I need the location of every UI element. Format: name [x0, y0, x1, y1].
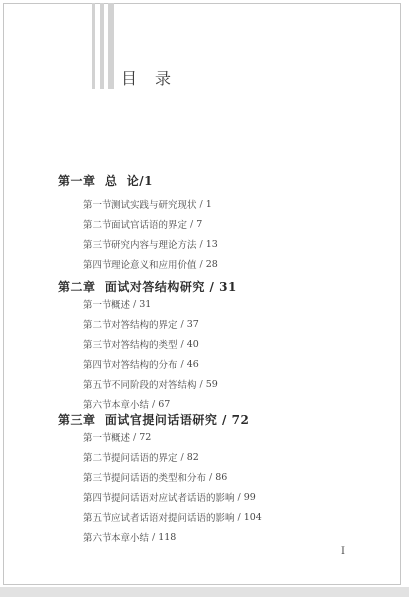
section-title: 对答结构的分布 [111, 357, 178, 371]
separator: / [133, 432, 136, 443]
toc-section-entry: 第五节 应试者话语对提问话语的影响 / 104 [83, 507, 262, 527]
section-page-number: 37 [187, 319, 199, 330]
toc-section-entry: 第六节 本章小结 / 118 [83, 527, 262, 547]
separator: / [181, 359, 184, 370]
section-title: 测试实践与研究现状 [111, 197, 197, 211]
section-page-number: 7 [196, 219, 202, 230]
toc-section-entry: 第三节 提问话语的类型和分布 / 86 [83, 467, 262, 487]
separator: / [238, 492, 241, 503]
section-title: 本章小结 [111, 397, 149, 411]
chapter-1-sections: 第一节 测试实践与研究现状 / 1 第二节 面试官话语的界定 / 7 第三节 研… [83, 194, 218, 274]
folio-page-number: I [341, 546, 345, 557]
section-number: 第三节 [83, 470, 111, 484]
decorative-bar-1 [92, 3, 95, 89]
chapter-2-heading: 第二章 面试对答结构研究 / 31 [58, 278, 237, 295]
decorative-bar-2 [100, 3, 104, 89]
separator: / [133, 299, 136, 310]
section-number: 第六节 [83, 530, 111, 544]
section-title: 理论意义和应用价值 [111, 257, 197, 271]
section-page-number: 1 [206, 199, 212, 210]
section-title: 提问话语的界定 [111, 450, 178, 464]
toc-section-entry: 第一节 测试实践与研究现状 / 1 [83, 194, 218, 214]
chapter-3-sections: 第一节 概述 / 72 第二节 提问话语的界定 / 82 第三节 提问话语的类型… [83, 427, 262, 547]
chapter-2-sections: 第一节 概述 / 31 第二节 对答结构的界定 / 37 第三节 对答结构的类型… [83, 294, 218, 414]
section-page-number: 67 [158, 399, 170, 410]
section-page-number: 59 [206, 379, 218, 390]
section-number: 第一节 [83, 430, 111, 444]
section-number: 第四节 [83, 357, 111, 371]
section-title: 概述 [111, 297, 130, 311]
section-number: 第三节 [83, 337, 111, 351]
section-number: 第五节 [83, 377, 111, 391]
section-number: 第一节 [83, 297, 111, 311]
section-title: 不同阶段的对答结构 [111, 377, 197, 391]
section-title: 概述 [111, 430, 130, 444]
section-page-number: 104 [244, 512, 262, 523]
toc-section-entry: 第二节 面试官话语的界定 / 7 [83, 214, 218, 234]
chapter-3-heading: 第三章 面试官提问话语研究 / 72 [58, 411, 249, 428]
toc-section-entry: 第三节 研究内容与理论方法 / 13 [83, 234, 218, 254]
section-number: 第三节 [83, 237, 111, 251]
separator: / [181, 319, 184, 330]
section-number: 第六节 [83, 397, 111, 411]
section-page-number: 31 [139, 299, 151, 310]
section-title: 提问话语对应试者话语的影响 [111, 490, 235, 504]
separator: / [190, 219, 193, 230]
page-bottom-edge [0, 587, 409, 597]
toc-section-entry: 第三节 对答结构的类型 / 40 [83, 334, 218, 354]
section-title: 对答结构的类型 [111, 337, 178, 351]
section-number: 第二节 [83, 450, 111, 464]
section-title: 提问话语的类型和分布 [111, 470, 206, 484]
separator: / [209, 472, 212, 483]
toc-section-entry: 第四节 提问话语对应试者话语的影响 / 99 [83, 487, 262, 507]
section-title: 本章小结 [111, 530, 149, 544]
page-title: 目 录 [121, 66, 172, 89]
separator: / [152, 399, 155, 410]
section-number: 第一节 [83, 197, 111, 211]
separator: / [152, 532, 155, 543]
section-page-number: 82 [187, 452, 199, 463]
separator: / [200, 379, 203, 390]
section-title: 对答结构的界定 [111, 317, 178, 331]
chapter-1-heading: 第一章 总 论/1 [58, 172, 153, 189]
separator: / [200, 199, 203, 210]
toc-section-entry: 第二节 对答结构的界定 / 37 [83, 314, 218, 334]
section-number: 第五节 [83, 510, 111, 524]
section-title: 面试官话语的界定 [111, 217, 187, 231]
section-title: 研究内容与理论方法 [111, 237, 197, 251]
section-page-number: 99 [244, 492, 256, 503]
separator: / [181, 339, 184, 350]
toc-section-entry: 第二节 提问话语的界定 / 82 [83, 447, 262, 467]
separator: / [181, 452, 184, 463]
toc-section-entry: 第一节 概述 / 31 [83, 294, 218, 314]
section-page-number: 13 [206, 239, 218, 250]
decorative-bar-3 [108, 3, 114, 89]
separator: / [200, 259, 203, 270]
section-page-number: 28 [206, 259, 218, 270]
section-page-number: 118 [158, 532, 176, 543]
separator: / [200, 239, 203, 250]
toc-section-entry: 第四节 对答结构的分布 / 46 [83, 354, 218, 374]
section-number: 第四节 [83, 257, 111, 271]
section-number: 第二节 [83, 217, 111, 231]
separator: / [238, 512, 241, 523]
toc-section-entry: 第四节 理论意义和应用价值 / 28 [83, 254, 218, 274]
section-page-number: 40 [187, 339, 199, 350]
section-page-number: 72 [139, 432, 151, 443]
section-title: 应试者话语对提问话语的影响 [111, 510, 235, 524]
section-page-number: 46 [187, 359, 199, 370]
scanned-page: 目 录 第一章 总 论/1 第一节 测试实践与研究现状 / 1 第二节 面试官话… [0, 0, 409, 597]
toc-section-entry: 第一节 概述 / 72 [83, 427, 262, 447]
section-number: 第四节 [83, 490, 111, 504]
section-page-number: 86 [215, 472, 227, 483]
section-number: 第二节 [83, 317, 111, 331]
toc-section-entry: 第五节 不同阶段的对答结构 / 59 [83, 374, 218, 394]
